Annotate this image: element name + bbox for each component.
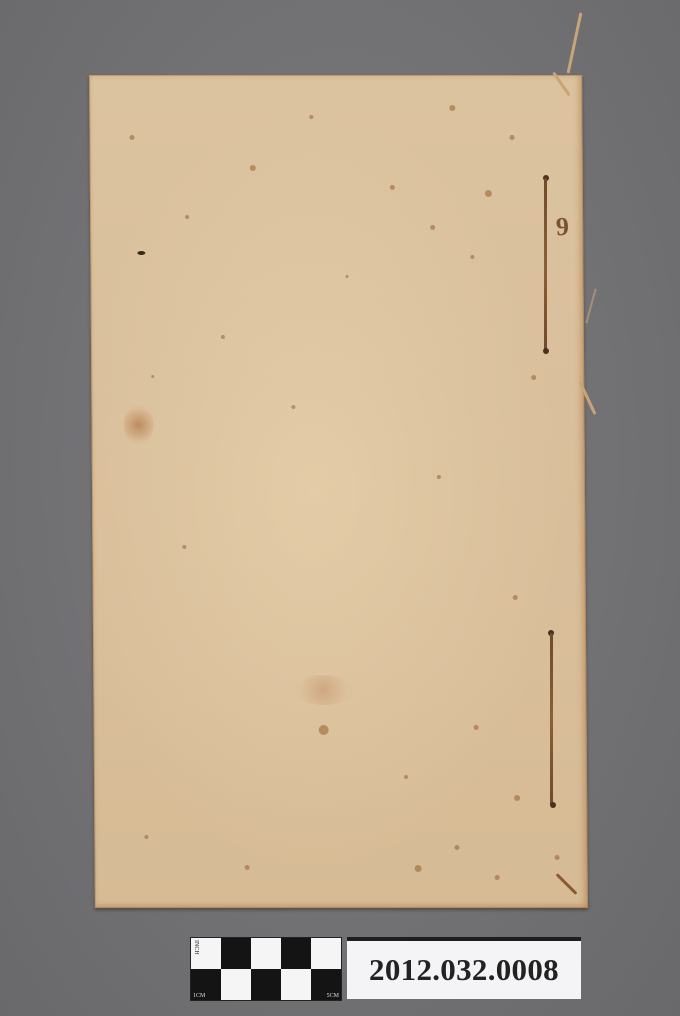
foxing-spot xyxy=(449,105,455,111)
cover-marking: 9 xyxy=(555,212,570,243)
foxing-spot xyxy=(474,725,479,730)
scale-cell xyxy=(251,969,281,1000)
foxing-spot xyxy=(437,475,441,479)
thread-end xyxy=(567,12,583,73)
foxing-spot xyxy=(309,115,313,119)
foxing-spot xyxy=(531,375,536,380)
scale-left-label: 1CM xyxy=(193,993,205,999)
book-cover xyxy=(89,75,588,908)
foxing-spot xyxy=(151,375,154,378)
foxing-spot xyxy=(430,225,435,230)
foxing-spot xyxy=(291,405,295,409)
scale-cell xyxy=(221,938,251,969)
foxing-spot xyxy=(245,865,250,870)
foxing-spot xyxy=(470,255,474,259)
water-stain xyxy=(123,405,153,445)
foxing-spot xyxy=(144,835,148,839)
scale-top-label: INCH xyxy=(193,940,199,955)
foxing-spot xyxy=(390,185,395,190)
foxing-spot xyxy=(454,845,459,850)
scale-right-label: 5CM xyxy=(327,993,339,999)
water-stain xyxy=(293,675,353,705)
binding-hole xyxy=(543,348,549,354)
ink-mark xyxy=(137,251,145,255)
foxing-spot xyxy=(513,595,518,600)
scale-cell xyxy=(281,969,311,1000)
foxing-spot xyxy=(345,275,348,278)
foxing-spot xyxy=(514,795,520,801)
foxing-spot xyxy=(485,190,492,197)
scale-cell xyxy=(221,969,251,1000)
foxing-spot xyxy=(404,775,408,779)
scale-cell xyxy=(281,938,311,969)
scale-cell xyxy=(251,938,281,969)
accession-number: 2012.032.0008 xyxy=(369,952,559,988)
foxing-spot xyxy=(185,215,189,219)
thread-end xyxy=(585,288,596,323)
foxing-spot xyxy=(182,545,186,549)
foxing-spot xyxy=(319,725,329,735)
foxing-spot xyxy=(510,135,515,140)
foxing-spot xyxy=(415,865,422,872)
catalog-label: 2012.032.0008 xyxy=(347,937,581,999)
color-scale-bar: INCH 1CM 5CM xyxy=(190,937,342,1001)
foxing-spot xyxy=(221,335,225,339)
foxing-spot xyxy=(130,135,135,140)
binding-hole xyxy=(550,802,556,808)
foxing-spot xyxy=(555,855,560,860)
scale-cell: INCH xyxy=(191,938,221,969)
scale-cell: 5CM xyxy=(311,969,341,1000)
foxing-spot xyxy=(250,165,256,171)
binding-stitch xyxy=(550,633,553,805)
scale-cell: 1CM xyxy=(191,969,221,1000)
scale-cell xyxy=(311,938,341,969)
binding-stitch xyxy=(544,178,547,353)
foxing-spot xyxy=(495,875,500,880)
